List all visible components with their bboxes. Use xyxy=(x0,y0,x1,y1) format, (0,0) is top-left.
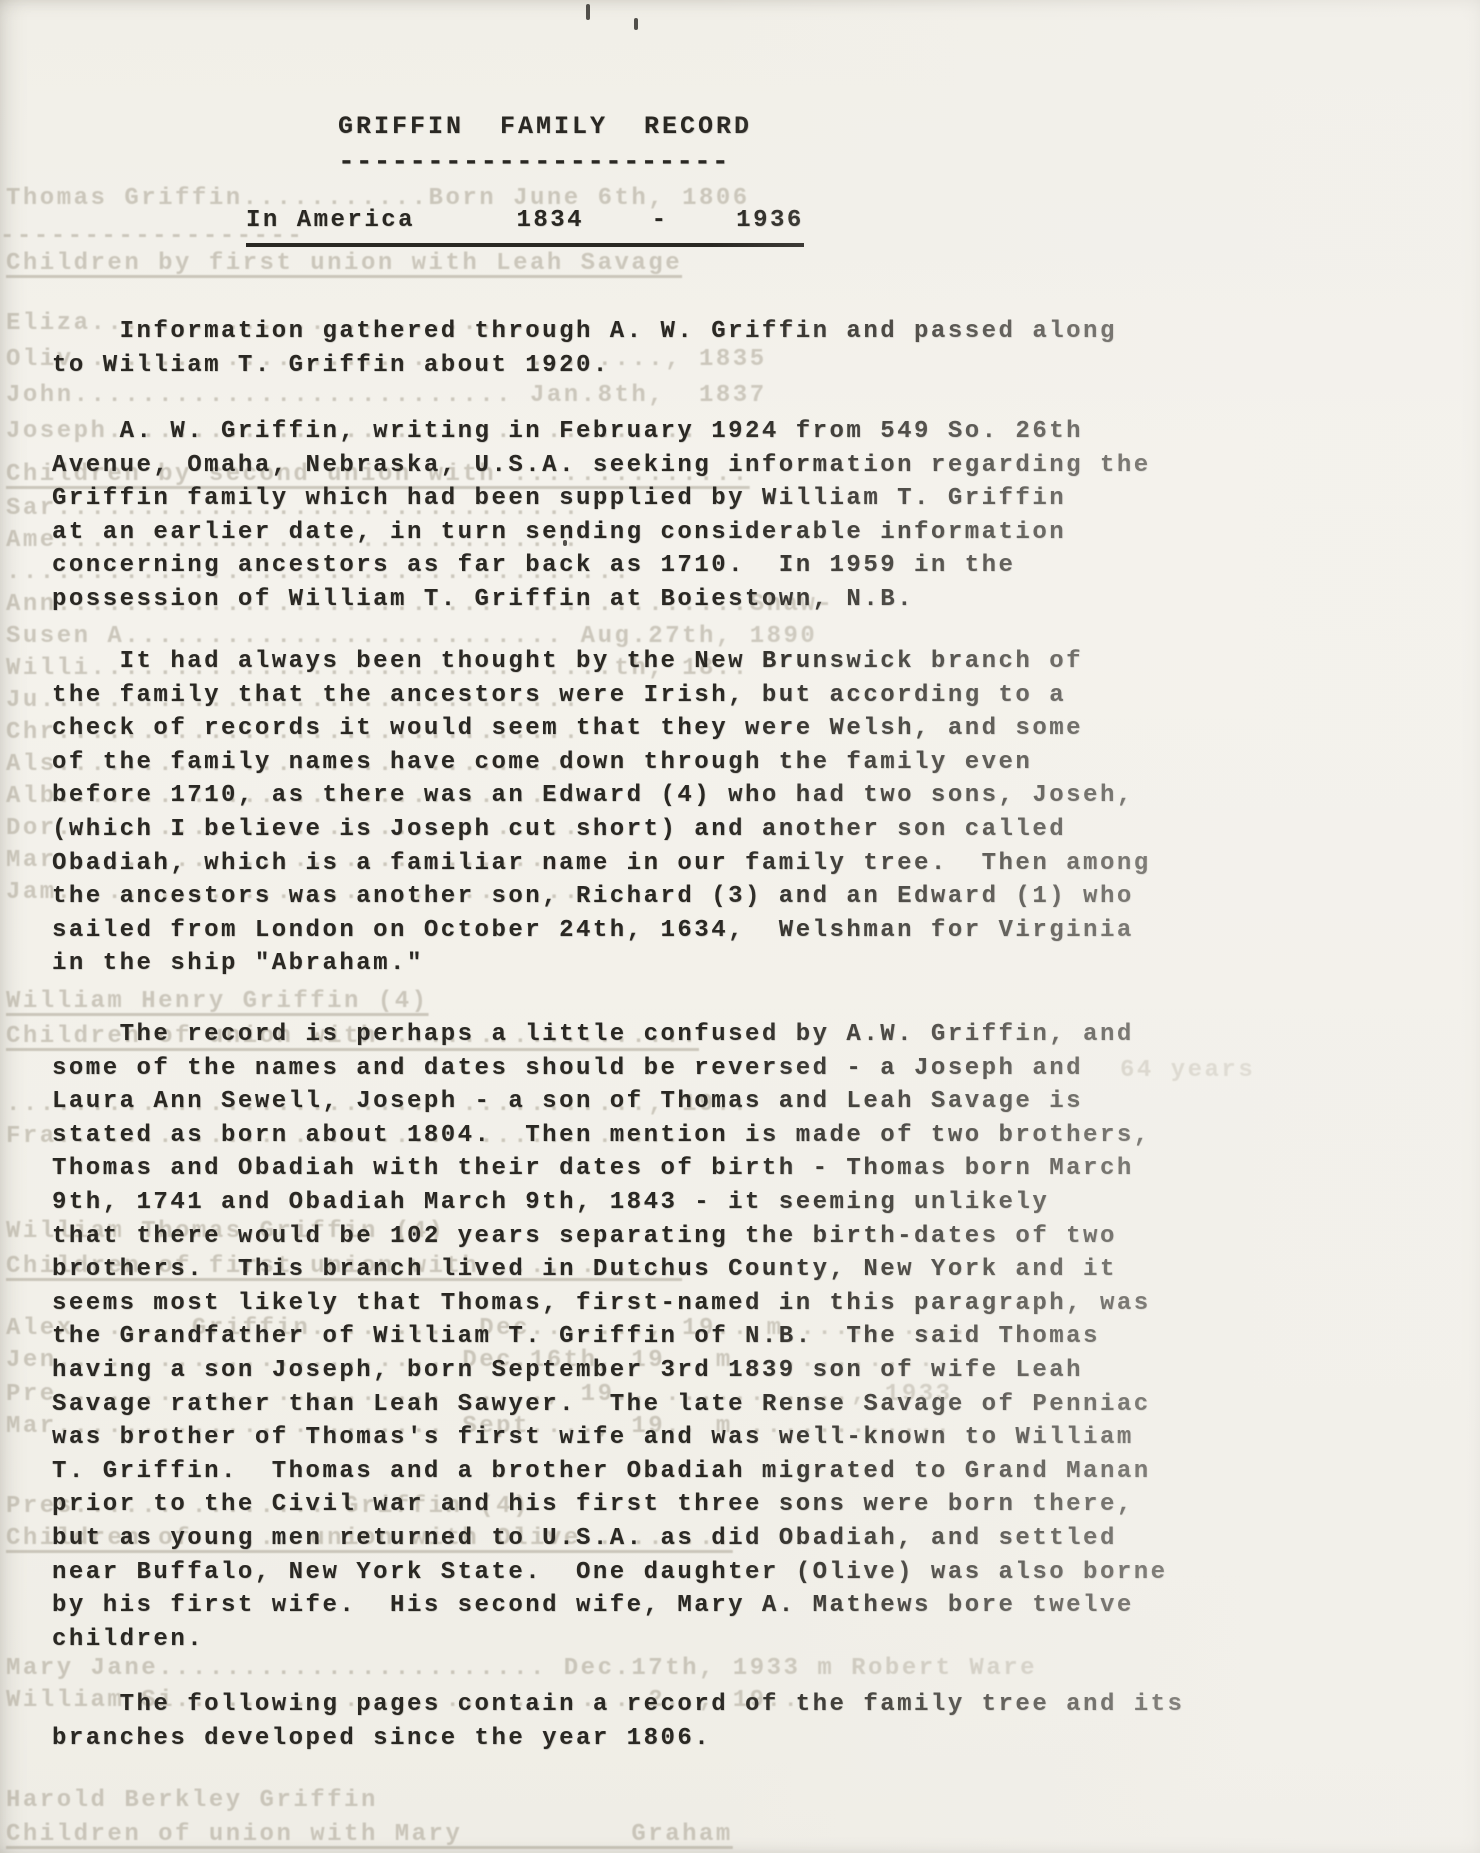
ghost-bleedthrough-line: John.......................... Jan.8th, … xyxy=(6,379,767,413)
document-page: GRIFFIN FAMILY RECORD ------------------… xyxy=(0,0,1480,1853)
paragraph-line: possession of William T. Griffin at Boie… xyxy=(52,583,1151,617)
ghost-bleedthrough-line: Children of union with Mary Graham xyxy=(6,1818,733,1852)
paragraph-line: 9th, 1741 and Obadiah March 9th, 1843 - … xyxy=(52,1186,1168,1220)
scan-artifact-mark xyxy=(634,18,638,30)
paragraph-line: Laura Ann Sewell, Joseph - a son of Thom… xyxy=(52,1085,1168,1119)
scan-artifact-mark xyxy=(586,4,590,20)
paragraph-line: the ancestors was another son, Richard (… xyxy=(52,880,1151,914)
paragraph-line: seems most likely that Thomas, first-nam… xyxy=(52,1287,1168,1321)
paragraph-line: Avenue, Omaha, Nebraska, U.S.A. seeking … xyxy=(52,449,1151,483)
scan-artifact-mark xyxy=(563,540,567,546)
paragraph-1: Information gathered through A. W. Griff… xyxy=(52,315,1117,382)
paragraph-line: branches developed since the year 1806. xyxy=(52,1722,1184,1756)
paragraph-line: to William T. Griffin about 1920. xyxy=(52,349,1117,383)
paragraph-line: sailed from London on October 24th, 1634… xyxy=(52,914,1151,948)
paragraph-line: The following pages contain a record of … xyxy=(52,1688,1184,1722)
ghost-bleedthrough-line: Children by first union with Leah Savage xyxy=(6,247,682,281)
paragraph-line: the family that the ancestors were Irish… xyxy=(52,679,1151,713)
paragraph-5: The following pages contain a record of … xyxy=(52,1688,1184,1755)
paragraph-line: was brother of Thomas's first wife and w… xyxy=(52,1421,1168,1455)
paragraph-line: brothers. This branch lived in Dutchus C… xyxy=(52,1253,1168,1287)
paragraph-line: Thomas and Obadiah with their dates of b… xyxy=(52,1152,1168,1186)
paragraph-line: by his first wife. His second wife, Mary… xyxy=(52,1589,1168,1623)
paragraph-line: having a son Joseph, born September 3rd … xyxy=(52,1354,1168,1388)
title-underline-rule: ---------------------- xyxy=(338,146,730,180)
paragraph-line: of the family names have come down throu… xyxy=(52,746,1151,780)
paragraph-line: stated as born about 1804. Then mention … xyxy=(52,1119,1168,1153)
paragraph-line: before 1710, as there was an Edward (4) … xyxy=(52,779,1151,813)
paragraph-line: Griffin family which had been supplied b… xyxy=(52,482,1151,516)
paragraph-line: in the ship "Abraham." xyxy=(52,947,1151,981)
paragraph-line: Savage rather than Leah Sawyer. The late… xyxy=(52,1388,1168,1422)
paragraph-line: Obadiah, which is a familiar name in our… xyxy=(52,847,1151,881)
paragraph-line: check of records it would seem that they… xyxy=(52,712,1151,746)
paragraph-line: some of the names and dates should be re… xyxy=(52,1052,1168,1086)
paragraph-line: prior to the Civil war and his first thr… xyxy=(52,1488,1168,1522)
paragraph-2: A. W. Griffin, writing in February 1924 … xyxy=(52,415,1151,617)
paragraph-line: A. W. Griffin, writing in February 1924 … xyxy=(52,415,1151,449)
ghost-bleedthrough-line: Mary Jane....................... Dec.17t… xyxy=(6,1652,1037,1686)
paragraph-line: The record is perhaps a little confused … xyxy=(52,1018,1168,1052)
paragraph-line: children. xyxy=(52,1623,1168,1657)
page-title: GRIFFIN FAMILY RECORD xyxy=(338,110,752,144)
paragraph-line: T. Griffin. Thomas and a brother Obadiah… xyxy=(52,1455,1168,1489)
paragraph-line: Information gathered through A. W. Griff… xyxy=(52,315,1117,349)
paragraph-line: concerning ancestors as far back as 1710… xyxy=(52,549,1151,583)
paragraph-line: It had always been thought by the New Br… xyxy=(52,645,1151,679)
paragraph-line: (which I believe is Joseph cut short) an… xyxy=(52,813,1151,847)
paragraph-3: It had always been thought by the New Br… xyxy=(52,645,1151,981)
paragraph-line: at an earlier date, in turn sending cons… xyxy=(52,516,1151,550)
ghost-bleedthrough-line: Harold Berkley Griffin xyxy=(6,1784,378,1818)
paragraph-line: near Buffalo, New York State. One daught… xyxy=(52,1556,1168,1590)
subtitle-date-range: In America 1834 - 1936 xyxy=(246,204,804,247)
paragraph-line: the Grandfather of William T. Griffin of… xyxy=(52,1320,1168,1354)
paragraph-line: but as young men returned to U.S.A. as d… xyxy=(52,1522,1168,1556)
ghost-bleedthrough-line: William Henry Griffin (4) xyxy=(6,985,429,1019)
paragraph-4: The record is perhaps a little confused … xyxy=(52,1018,1168,1656)
paragraph-line: that there would be 102 years separating… xyxy=(52,1220,1168,1254)
